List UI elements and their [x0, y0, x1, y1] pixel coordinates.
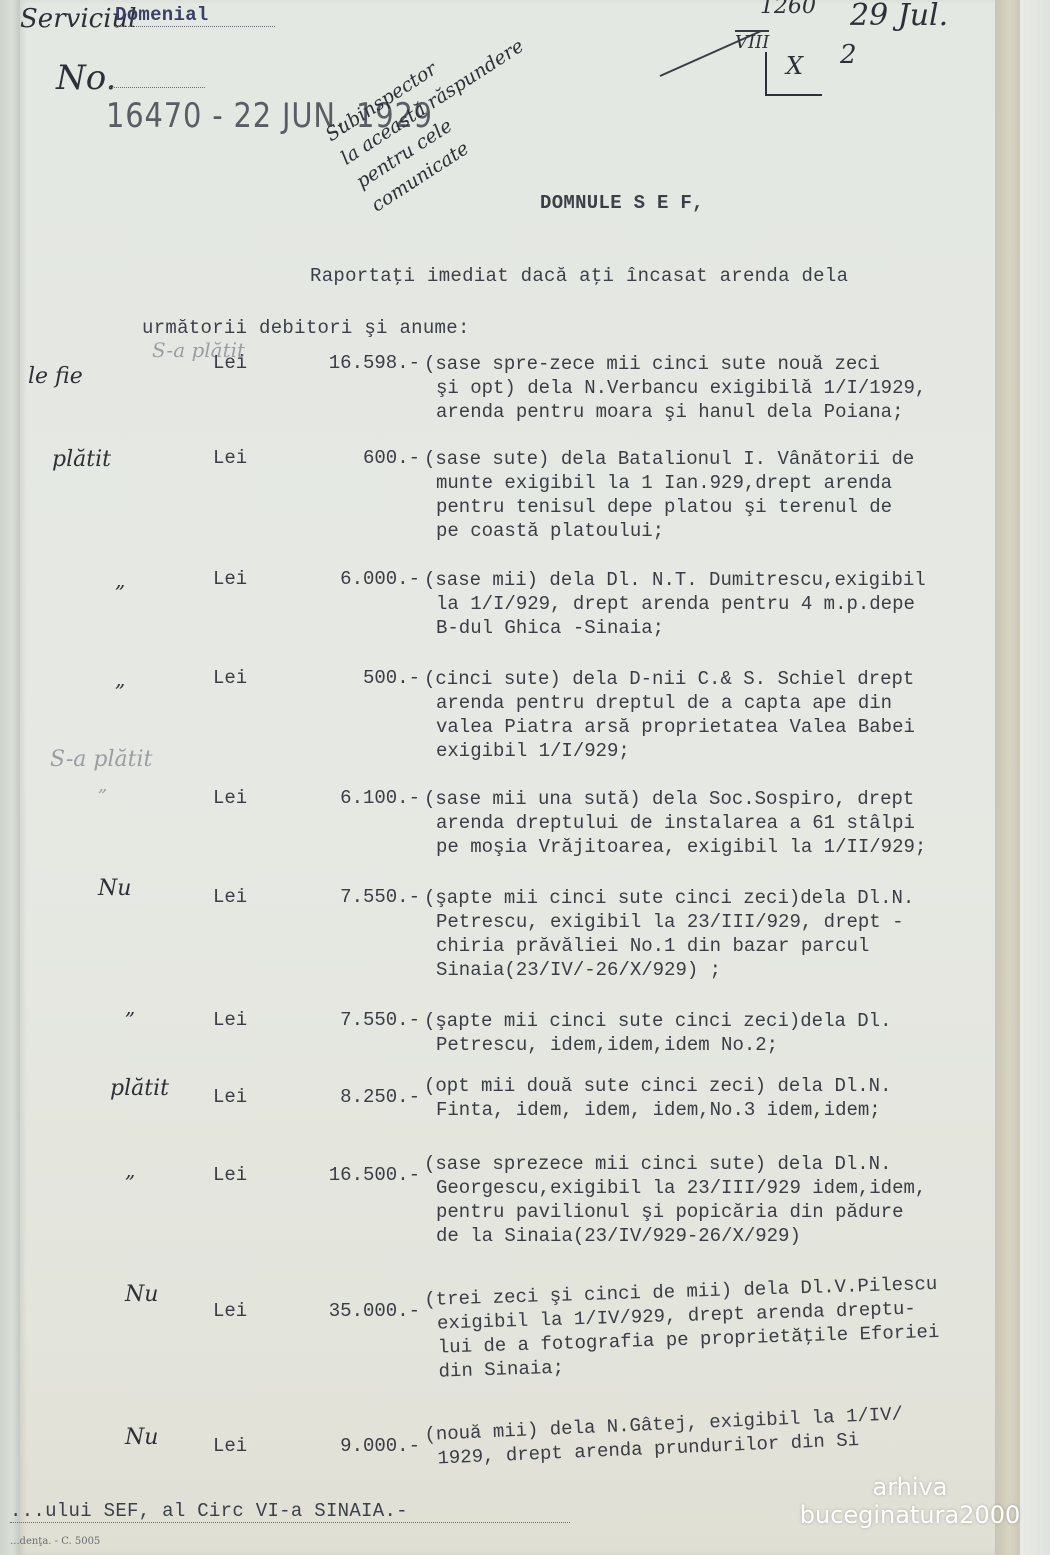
- document-page: Serviciul Domenial No. 16470 - 22 JUN. 1…: [20, 0, 995, 1555]
- registry-fraction-bottom: X: [786, 52, 803, 80]
- description-line: de la Sinaia(23/IV/929-26/X/929): [424, 1224, 926, 1248]
- print-code: ...denţa. - C. 5005: [10, 1536, 100, 1547]
- binding-left-edge: [0, 0, 20, 1555]
- description-line: (sase sute) dela Batalionul I. Vânătorii…: [424, 447, 914, 471]
- entry-description: (cinci sute) dela D-nii C.& S. Schiel dr…: [424, 667, 915, 763]
- entry-description: (opt mii două sute cinci zeci) dela Dl.N…: [424, 1074, 891, 1122]
- entry-description: (sase spre-zece mii cinci sute nouă zeci…: [424, 352, 926, 424]
- description-line: Sinaia(23/IV/-26/X/929) ;: [424, 958, 914, 982]
- margin-note: plătit: [110, 1076, 169, 1101]
- description-line: (şapte mii cinci sute cinci zeci)dela Dl…: [424, 886, 914, 910]
- entry-description: (sase mii una sută) dela Soc.Sospiro, dr…: [424, 787, 926, 859]
- description-line: pentru pavilionul şi popicăria din pădur…: [424, 1200, 926, 1224]
- description-line: Georgescu,exigibil la 23/III/929 idem,id…: [424, 1176, 926, 1200]
- description-line: exigibil 1/I/929;: [424, 739, 915, 763]
- entry-description: (şapte mii cinci sute cinci zeci)dela Dl…: [424, 886, 914, 982]
- description-line: (sase mii una sută) dela Soc.Sospiro, dr…: [424, 787, 926, 811]
- description-line: Petrescu, exigibil la 23/III/929, drept …: [424, 910, 914, 934]
- description-line: B-dul Ghica -Sinaia;: [424, 616, 926, 640]
- intro-line-2: următorii debitori şi anume:: [142, 317, 470, 339]
- margin-note: „: [115, 667, 125, 691]
- margin-note: „: [125, 1158, 135, 1182]
- archive-watermark: arhiva buceginatura2000: [795, 1473, 1025, 1529]
- description-line: (sase spre-zece mii cinci sute nouă zeci: [424, 352, 926, 376]
- entry-description: (trei zeci şi cinci de mii) dela Dl.V.Pi…: [424, 1272, 940, 1384]
- watermark-line: buceginatura2000: [795, 1501, 1025, 1529]
- description-line: munte exigibil la 1 Ian.929,drept arenda: [424, 471, 914, 495]
- registry-fraction-top: VIII: [735, 30, 769, 53]
- amount: 6.100.-: [215, 787, 420, 809]
- entry-description: (nouă mii) dela N.Gâtej, exigibil la 1/I…: [424, 1402, 905, 1471]
- watermark-line: arhiva: [795, 1473, 1025, 1501]
- number-dotline: [110, 86, 205, 88]
- description-line: (sase sprezece mii cinci sute) dela Dl.N…: [424, 1152, 926, 1176]
- margin-note: Nu: [125, 1425, 158, 1450]
- description-line: arenda pentru moara şi hanul dela Poiana…: [424, 400, 926, 424]
- footer-addressee: ...ului SEF, al Circ VI-a SINAIA.-: [10, 1500, 570, 1523]
- description-line: (opt mii două sute cinci zeci) dela Dl.N…: [424, 1074, 891, 1098]
- amount: 500.-: [215, 667, 420, 689]
- margin-note: plătit: [52, 447, 111, 472]
- margin-note: „: [115, 568, 125, 592]
- amount: 6.000.-: [215, 568, 420, 590]
- amount: 7.550.-: [215, 1009, 420, 1031]
- entry-description: (sase sprezece mii cinci sute) dela Dl.N…: [424, 1152, 926, 1248]
- margin-note: Nu: [125, 1282, 158, 1307]
- margin-note: „: [125, 995, 135, 1019]
- registry-day: 2: [840, 40, 857, 70]
- entry-description: (sase sute) dela Batalionul I. Vânătorii…: [424, 447, 914, 543]
- amount: 8.250.-: [215, 1086, 420, 1108]
- amount: 7.550.-: [215, 886, 420, 908]
- amount: 16.598.-: [215, 352, 420, 374]
- description-line: Petrescu, idem,idem,idem No.2;: [424, 1033, 891, 1057]
- registry-fraction-box: X: [765, 52, 822, 96]
- margin-note: Nu: [98, 876, 131, 901]
- background-right: [1020, 0, 1050, 1555]
- entry-description: (sase mii) dela Dl. N.T. Dumitrescu,exig…: [424, 568, 926, 640]
- amount: 9.000.-: [215, 1435, 420, 1457]
- pencil-note: S-a plătit: [50, 747, 152, 772]
- description-line: (cinci sute) dela D-nii C.& S. Schiel dr…: [424, 667, 915, 691]
- registry-number: 1260: [760, 0, 816, 19]
- number-label-text: No.: [56, 58, 116, 98]
- description-line: Finta, idem, idem, idem,No.3 idem,idem;: [424, 1098, 891, 1122]
- description-line: şi opt) dela N.Verbancu exigibilă 1/I/19…: [424, 376, 926, 400]
- description-line: (şapte mii cinci sute cinci zeci)dela Dl…: [424, 1009, 891, 1033]
- service-value: Domenial: [115, 4, 275, 27]
- description-line: pe moşia Vrăjitoarea, exigibil la 1/II/9…: [424, 835, 926, 859]
- description-line: arenda pentru dreptul de a capta ape din: [424, 691, 915, 715]
- description-line: arenda dreptului de instalarea a 61 stâl…: [424, 811, 926, 835]
- entry-description: (şapte mii cinci sute cinci zeci)dela Dl…: [424, 1009, 891, 1057]
- amount: 600.-: [215, 447, 420, 469]
- description-line: pentru tenisul depe platou şi terenul de: [424, 495, 914, 519]
- amount: 35.000.-: [215, 1300, 420, 1322]
- description-line: la 1/I/929, drept arenda pentru 4 m.p.de…: [424, 592, 926, 616]
- number-label: No.: [56, 58, 116, 98]
- description-line: (sase mii) dela Dl. N.T. Dumitrescu,exig…: [424, 568, 926, 592]
- description-line: valea Piatra arsă proprietatea Valea Bab…: [424, 715, 915, 739]
- salutation: DOMNULE S E F,: [540, 192, 704, 214]
- handwritten-date: 29 Jul.: [850, 0, 948, 33]
- amount: 16.500.-: [215, 1164, 420, 1186]
- description-line: pe coastă platoului;: [424, 519, 914, 543]
- margin-note: „: [98, 775, 107, 796]
- service-value-text: Domenial: [115, 4, 209, 26]
- intro-line-1: Raportaţi imediat dacă aţi încasat arend…: [310, 265, 848, 287]
- diagonal-handwritten-note: Subinspector la această răspundere pentr…: [320, 9, 560, 219]
- description-line: chiria prăvăliei No.1 din bazar parcul: [424, 934, 914, 958]
- margin-note: le fie: [28, 364, 83, 389]
- paper-right-edge: [995, 0, 1020, 1555]
